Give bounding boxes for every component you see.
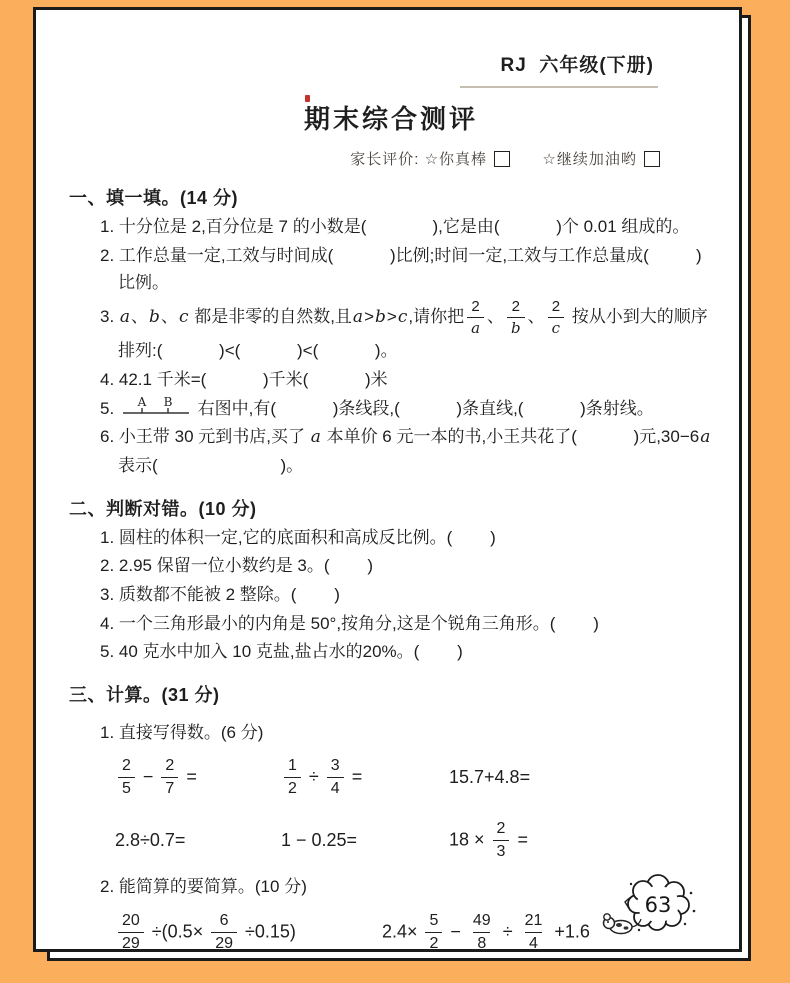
fill-item-3: 3. a、b、c 都是非零的自然数,且a>b>c,请你把2a、2b、2c 按从小…: [118, 298, 713, 365]
fill-item-5: 5. AB 右图中,有( )条线段,( )条直线,( )条射线。: [118, 395, 713, 423]
evaluation-label: 家长评价:: [350, 151, 419, 168]
mental-math-grid: 25 − 27 = 12 ÷ 34 = 15.7+4.8= 2.8÷0.7= 1…: [115, 757, 713, 861]
fill-item-1: 1. 十分位是 2,百分位是 7 的小数是( ),它是由( )个 0.01 组成…: [118, 213, 713, 241]
math-expression: 2.4× 52 − 498 ÷ 214 +1.6: [382, 912, 590, 953]
red-speck: [305, 95, 310, 102]
evaluation-option-1: ☆你真棒: [425, 151, 487, 168]
fill-item-6: 6. 小王带 30 元到书店,买了 a 本单价 6 元一本的书,小王共花了( )…: [118, 423, 713, 479]
worksheet-page: RJ 六年级(下册) 期末综合测评 家长评价: ☆你真棒 ☆继续加油哟 一、填一…: [33, 7, 742, 952]
math-expression: 2.8÷0.7=: [115, 830, 281, 851]
judge-item-3: 3. 质数都不能被 2 整除。( ): [118, 581, 713, 609]
judge-item-5: 5. 40 克水中加入 10 克盐,盐占水的20%。( ): [118, 638, 713, 666]
parent-evaluation: 家长评价: ☆你真棒 ☆继续加油哟: [69, 148, 713, 169]
line-segment-diagram: AB: [121, 396, 191, 418]
judge-item-4: 4. 一个三角形最小的内角是 50°,按角分,这是个锐角三角形。( ): [118, 610, 713, 638]
section-heading-judge: 二、判断对错。(10 分): [69, 495, 713, 521]
math-expression: 18 × 23 =: [449, 820, 713, 861]
mascot-and-cloud: 63: [595, 866, 717, 940]
judge-item-2: 2. 2.95 保留一位小数约是 3。( ): [118, 552, 713, 580]
math-expression: 15.7+4.8=: [449, 767, 713, 788]
fill-item-2: 2. 工作总量一定,工效与时间成( )比例;时间一定,工效与工作总量成( )比例…: [118, 242, 713, 297]
section-heading-fill: 一、填一填。(14 分): [69, 184, 713, 210]
edition-badge: RJ 六年级(下册): [460, 50, 658, 88]
section-heading-calc: 三、计算。(31 分): [69, 681, 713, 707]
evaluation-option-2: ☆继续加油哟: [542, 151, 636, 168]
page-number-cloud: 63: [595, 866, 717, 945]
math-expression: 2029 ÷(0.5× 629 ÷0.15): [115, 912, 296, 953]
calc-subheading-1: 1. 直接写得数。(6 分): [100, 718, 713, 743]
judge-item-1: 1. 圆柱的体积一定,它的底面积和高成反比例。( ): [118, 524, 713, 552]
checkbox-icon: [494, 151, 510, 167]
worksheet-background: RJ 六年级(下册) 期末综合测评 家长评价: ☆你真棒 ☆继续加油哟 一、填一…: [0, 0, 790, 983]
header-row: RJ 六年级(下册): [69, 50, 713, 88]
page-number: 63: [645, 893, 672, 917]
math-expression: 1 − 0.25=: [281, 830, 449, 851]
math-expression: 25 − 27 =: [115, 757, 281, 798]
svg-text:A: A: [137, 396, 147, 409]
math-expression: 12 ÷ 34 =: [281, 757, 449, 798]
fill-item-4: 4. 42.1 千米=( )千米( )米: [118, 366, 713, 394]
checkbox-icon: [644, 151, 660, 167]
title-row: 期末综合测评: [69, 99, 713, 136]
page-title: 期末综合测评: [304, 99, 478, 136]
svg-text:B: B: [163, 396, 172, 409]
